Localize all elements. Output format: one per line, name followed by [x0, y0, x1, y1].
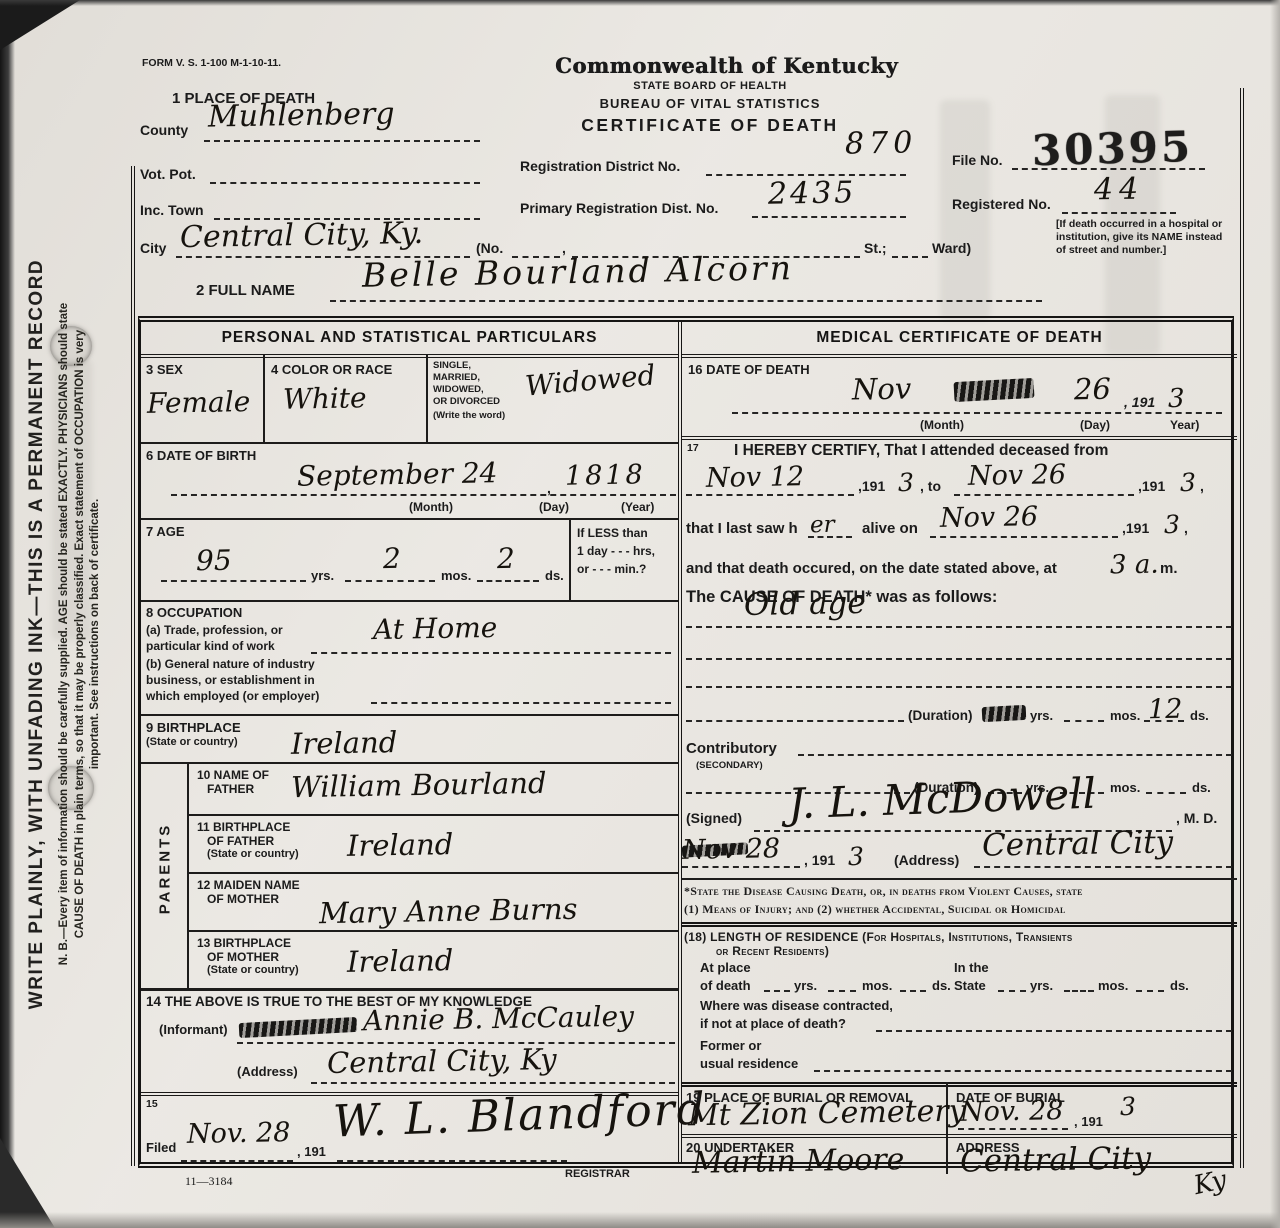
dotted-rule — [1144, 720, 1184, 722]
dotted-rule — [686, 686, 1232, 688]
sex-value: Female — [147, 385, 251, 420]
medical-section-title: MEDICAL CERTIFICATE OF DEATH — [682, 329, 1237, 347]
burial-year-digit: 3 — [1120, 1092, 1136, 1121]
dotted-rule — [732, 412, 1222, 414]
secondary-sublabel: (SECONDARY) — [696, 760, 763, 771]
state-mos-label: mos. — [1098, 978, 1128, 993]
form-right-frame — [1240, 88, 1244, 1168]
form-code: 11—3184 — [185, 1174, 233, 1189]
main-form-box: PERSONAL AND STATISTICAL PARTICULARS 3 S… — [138, 316, 1234, 1168]
dotted-rule — [686, 658, 1232, 660]
signed-address-label: (Address) — [894, 852, 959, 868]
occupation-a-line1: (a) Trade, profession, or — [146, 623, 283, 637]
margin-nb-note-line2: CAUSE OF DEATH in plain terms, so that i… — [73, 64, 89, 1204]
dotted-rule — [998, 990, 1026, 992]
mother-birthplace-label-line2: OF MOTHER — [207, 950, 279, 964]
signed-year-digit: 3 — [848, 842, 864, 871]
dotted-rule — [181, 1160, 293, 1162]
attended-from-year-printed: ,191 — [858, 478, 885, 494]
death-month-value: Nov — [852, 371, 912, 406]
age-label: 7 AGE — [146, 524, 185, 539]
city-ward-label: Ward) — [932, 240, 971, 256]
filed-date-value: Nov. 28 — [187, 1117, 291, 1150]
scan-edge-top — [0, 0, 1280, 6]
rule — [141, 762, 678, 764]
informant-address-value: Central City, Ky — [327, 1042, 557, 1080]
dotted-rule — [974, 866, 1232, 868]
dotted-rule — [1146, 792, 1186, 794]
dotted-rule — [371, 702, 671, 704]
commonwealth-title: Commonwealth of Kentucky — [555, 53, 865, 78]
death-year-digit: 3 — [1168, 384, 1185, 414]
birth-year-value: 1818 — [565, 459, 646, 491]
of-death-label: of death — [700, 978, 751, 993]
rule — [682, 922, 1237, 927]
father-birthplace-sublabel: (State or country) — [207, 848, 299, 860]
marital-write-word-note: (Write the word) — [433, 410, 505, 421]
age-months-value: 2 — [383, 542, 401, 575]
father-name-value: William Bourland — [291, 766, 547, 804]
dotted-rule — [330, 300, 1042, 302]
m-label: m. — [1160, 560, 1178, 577]
state-ds-label: ds. — [1170, 978, 1189, 993]
last-saw-fill-value: er — [810, 512, 835, 538]
residence-yrs-label: yrs. — [794, 978, 817, 993]
in-the-label: In the — [954, 960, 989, 975]
scan-corner-top-left — [0, 0, 80, 50]
occupation-b-line2: business, or establishment in — [146, 673, 315, 687]
death-certificate-scan: WRITE PLAINLY, WITH UNFADING INK—THIS IS… — [0, 0, 1280, 1228]
personal-column: PERSONAL AND STATISTICAL PARTICULARS 3 S… — [141, 322, 678, 1162]
dotted-rule — [161, 580, 306, 582]
color-race-label: 4 COLOR OR RACE — [271, 362, 392, 377]
to-label: , to — [920, 478, 941, 494]
occupation-a-line2: particular kind of work — [146, 639, 275, 653]
footnote-line2: (1) Means of Injury; and (2) whether Acc… — [684, 902, 1066, 917]
age-note-line3: or - - - min.? — [577, 562, 646, 576]
dotted-rule — [808, 536, 852, 538]
dotted-rule — [171, 494, 676, 496]
death-occurred-label: and that death occured, on the date stat… — [686, 560, 1057, 577]
dotted-rule — [900, 990, 926, 992]
date-of-death-label: 16 DATE OF DEATH — [688, 362, 810, 377]
form-number: FORM V. S. 1-100 M-1-10-11. — [142, 57, 281, 70]
mother-name-label-line1: 12 MAIDEN NAME — [197, 878, 300, 892]
full-name-label: 2 FULL NAME — [196, 282, 295, 299]
rule — [141, 442, 678, 444]
sex-label: 3 SEX — [146, 362, 183, 377]
dotted-rule — [876, 1030, 1232, 1032]
parents-vertical-label: PARENTS — [157, 809, 174, 929]
at-place-label: At place — [700, 960, 751, 975]
birthplace-sublabel: (State or country) — [146, 736, 238, 748]
scan-edge-bottom — [0, 1212, 1280, 1228]
city-value: Central City, Ky. — [180, 216, 424, 255]
rule — [682, 354, 1237, 358]
color-race-value: White — [283, 381, 367, 415]
death-day-value: 26 — [1074, 372, 1111, 407]
filed-label: Filed — [146, 1140, 176, 1155]
date-of-burial-value: Nov. 28 — [960, 1095, 1064, 1128]
residence-title-line2: or Recent Residents) — [716, 944, 829, 958]
death-time-value: 3 a. — [1110, 550, 1159, 581]
undertaker-value: Martin Moore — [692, 1142, 905, 1181]
state-label: State — [954, 978, 986, 993]
father-name-label-line1: 10 NAME OF — [197, 768, 269, 782]
occupation-value: At Home — [373, 611, 498, 646]
scan-edge-left — [0, 0, 15, 1228]
hospital-note: [If death occurred in a hospital or inst… — [1056, 218, 1232, 257]
residence-mos-label: mos. — [862, 978, 892, 993]
rule — [682, 436, 1237, 440]
mother-birthplace-label-line1: 13 BIRTHPLACE — [197, 936, 291, 950]
dob-comma: , — [547, 480, 551, 496]
undertaker-address-ky: Ky — [1191, 1165, 1229, 1201]
rule — [682, 1134, 1237, 1138]
medical-column: MEDICAL CERTIFICATE OF DEATH 16 DATE OF … — [682, 322, 1237, 1162]
last-saw-date-value: Nov 26 — [940, 501, 1039, 534]
former-residence-label-line1: Former or — [700, 1038, 761, 1053]
item-17-number: 17 — [687, 442, 699, 455]
state-board-label: STATE BOARD OF HEALTH — [555, 80, 865, 92]
attended-to-year-digit: 3 — [1180, 468, 1196, 497]
duration-mos-label: mos. — [1110, 708, 1140, 723]
alive-on-label: alive on — [862, 520, 918, 537]
undertaker-address-value: Central City — [960, 1140, 1152, 1179]
county-value: Muhlenberg — [208, 96, 395, 134]
bureau-label: BUREAU OF VITAL STATISTICS — [555, 96, 865, 111]
contributory-mos-label: mos. — [1110, 780, 1140, 795]
last-saw-year-digit: 3 — [1164, 510, 1180, 539]
file-no-value: 30395 — [1031, 122, 1193, 175]
registered-no-label: Registered No. — [952, 196, 1051, 212]
occupation-label: 8 OCCUPATION — [146, 605, 242, 620]
dotted-rule — [204, 140, 480, 142]
struck-out-scribble — [982, 705, 1027, 722]
informant-address-label: (Address) — [237, 1064, 298, 1079]
mother-name-label-line2: OF MOTHER — [207, 892, 279, 906]
month-sublabel: (Month) — [920, 418, 964, 432]
certificate-title: CERTIFICATE OF DEATH — [545, 115, 875, 136]
form-left-frame — [131, 166, 135, 1166]
county-label: County — [140, 122, 188, 138]
contracted-label-line2: if not at place of death? — [700, 1016, 846, 1031]
dotted-rule — [686, 720, 904, 722]
dotted-rule — [337, 1160, 567, 1162]
footnote-line1: *State the Disease Causing Death, or, in… — [684, 884, 1083, 899]
birth-month-day-value: September 24 — [297, 456, 498, 492]
rule — [187, 930, 678, 932]
informant-label: (Informant) — [159, 1022, 228, 1037]
attended-from-value: Nov 12 — [706, 461, 805, 494]
city-label: City — [140, 240, 166, 256]
rule — [682, 878, 1237, 880]
burial-year-printed: , 191 — [1074, 1114, 1103, 1129]
attended-to-year-printed: ,191 — [1138, 478, 1165, 494]
dotted-rule — [345, 580, 435, 582]
former-residence-label-line2: usual residence — [700, 1056, 798, 1071]
rule — [141, 714, 678, 716]
certify-statement: I HEREBY CERTIFY, That I attended deceas… — [734, 442, 1108, 460]
birthplace-label: 9 BIRTHPLACE — [146, 720, 241, 735]
dotted-rule — [682, 866, 800, 868]
duration-yrs-label: yrs. — [1030, 708, 1053, 723]
father-birthplace-label-line2: OF FATHER — [207, 834, 274, 848]
duration-ds-label: ds. — [1190, 708, 1209, 723]
marital-option-single: SINGLE, — [433, 360, 471, 371]
dotted-rule — [477, 580, 539, 582]
death-year-printed: , 191 — [1124, 394, 1155, 410]
father-birthplace-value: Ireland — [347, 827, 454, 863]
day-sublabel: (Day) — [1080, 418, 1110, 432]
mother-name-value: Mary Anne Burns — [319, 892, 578, 931]
contributory-label: Contributory — [686, 740, 777, 757]
registration-district-label: Registration District No. — [520, 158, 680, 174]
left-margin-instructions: WRITE PLAINLY, WITH UNFADING INK—THIS IS… — [26, 64, 104, 1204]
comma: , — [1200, 478, 1204, 494]
year-sublabel: Year) — [1170, 418, 1199, 432]
dotted-rule — [764, 990, 790, 992]
dotted-rule — [686, 626, 1232, 628]
signed-year-printed: , 191 — [804, 852, 835, 868]
occupation-b-line3: which employed (or employer) — [146, 689, 319, 703]
signed-label: (Signed) — [686, 810, 742, 826]
contributory-ds-label: ds. — [1192, 780, 1211, 795]
dotted-rule — [958, 1128, 1068, 1130]
day-sublabel: (Day) — [539, 500, 569, 514]
mother-birthplace-value: Ireland — [347, 943, 454, 979]
cell-divider — [426, 354, 428, 442]
attended-to-value: Nov 26 — [968, 459, 1067, 492]
personal-section-title: PERSONAL AND STATISTICAL PARTICULARS — [141, 329, 678, 347]
mos-label: mos. — [441, 568, 471, 583]
md-label: , M. D. — [1176, 810, 1217, 826]
margin-nb-note-line1: N. B.—Every item of information should b… — [57, 64, 73, 1204]
registered-no-value: 44 — [1094, 172, 1145, 208]
cell-divider — [263, 354, 265, 442]
rule — [141, 600, 678, 602]
date-of-birth-label: 6 DATE OF BIRTH — [146, 448, 256, 463]
marital-option-divorced: OR DIVORCED — [433, 396, 500, 407]
primary-registration-label: Primary Registration Dist. No. — [520, 200, 718, 216]
yrs-label: yrs. — [311, 568, 334, 583]
residence-title-line1: (18) LENGTH OF RESIDENCE (For Hospitals,… — [684, 930, 1072, 944]
birthplace-value: Ireland — [291, 725, 398, 761]
place-of-burial-value: Mt Zion Cemetery — [688, 1094, 966, 1134]
contracted-label-line1: Where was disease contracted, — [700, 998, 893, 1013]
comma: , — [1184, 520, 1188, 536]
state-yrs-label: yrs. — [1030, 978, 1053, 993]
primary-registration-value: 2435 — [768, 175, 857, 212]
age-years-value: 95 — [196, 544, 232, 578]
file-no-label: File No. — [952, 152, 1003, 168]
marital-option-widowed: WIDOWED, — [433, 384, 484, 395]
scan-edge-right — [1270, 0, 1280, 1228]
rule — [141, 988, 678, 991]
occupation-b-line1: (b) General nature of industry — [146, 657, 315, 671]
struck-out-scribble — [954, 378, 1035, 402]
marital-option-married: MARRIED, — [433, 372, 480, 383]
informant-value: Annie B. McCauley — [363, 1000, 634, 1038]
physician-signature: J. L. McDowell — [787, 769, 1097, 829]
age-note-line2: 1 day - - - hrs, — [577, 544, 655, 558]
last-saw-pre-label: that I last saw h — [686, 520, 798, 537]
margin-nb-note-line3: important. See instructions on back of c… — [88, 64, 104, 1204]
rule — [141, 354, 678, 358]
dotted-rule — [311, 1082, 675, 1084]
inc-town-label: Inc. Town — [140, 202, 204, 218]
duration-label: (Duration) — [908, 708, 973, 723]
struck-out-scribble — [239, 1017, 358, 1038]
dotted-rule — [828, 990, 856, 992]
father-birthplace-label-line1: 11 BIRTHPLACE — [197, 820, 290, 834]
full-name-value: Belle Bourland Alcorn — [362, 248, 795, 295]
age-note-line1: If LESS than — [577, 526, 648, 540]
marital-value: Widowed — [524, 358, 657, 402]
dotted-rule — [1064, 990, 1094, 992]
dotted-rule — [1136, 990, 1164, 992]
item-15-number: 15 — [146, 1098, 158, 1111]
registration-district-value: 870 — [845, 125, 918, 161]
vot-pot-label: Vot. Pot. — [140, 166, 196, 182]
dotted-rule — [1062, 212, 1176, 214]
rule — [187, 872, 678, 874]
city-st-label: St.; — [864, 240, 887, 256]
month-sublabel: (Month) — [409, 500, 453, 514]
dotted-rule — [892, 256, 928, 258]
dotted-rule — [686, 494, 854, 496]
father-name-label-line2: FATHER — [207, 782, 254, 796]
registrar-label: REGISTRAR — [565, 1168, 630, 1180]
cell-divider — [187, 762, 189, 988]
year-sublabel: (Year) — [621, 500, 654, 514]
rule — [141, 518, 678, 520]
filed-year-printed: , 191 — [297, 1144, 326, 1159]
margin-write-plainly-note: WRITE PLAINLY, WITH UNFADING INK—THIS IS… — [26, 64, 48, 1204]
rule — [187, 814, 678, 816]
dotted-rule — [752, 216, 906, 218]
dotted-rule — [954, 494, 1134, 496]
dotted-rule — [798, 754, 1232, 756]
dotted-rule — [1064, 720, 1104, 722]
ds-label: ds. — [545, 568, 564, 583]
dotted-rule — [930, 536, 1118, 538]
signed-address-value: Central City — [982, 824, 1174, 863]
mother-birthplace-sublabel: (State or country) — [207, 964, 299, 976]
last-saw-year-printed: ,191 — [1122, 520, 1149, 536]
rule — [682, 1082, 1237, 1087]
cell-divider — [569, 518, 571, 600]
cause-of-death-value: Old age — [744, 585, 866, 623]
residence-ds-label: ds. — [932, 978, 951, 993]
dotted-rule — [210, 182, 480, 184]
attended-from-year-digit: 3 — [898, 468, 914, 497]
dotted-rule — [814, 1070, 1232, 1072]
dotted-rule — [311, 652, 671, 654]
age-days-value: 2 — [497, 542, 515, 575]
